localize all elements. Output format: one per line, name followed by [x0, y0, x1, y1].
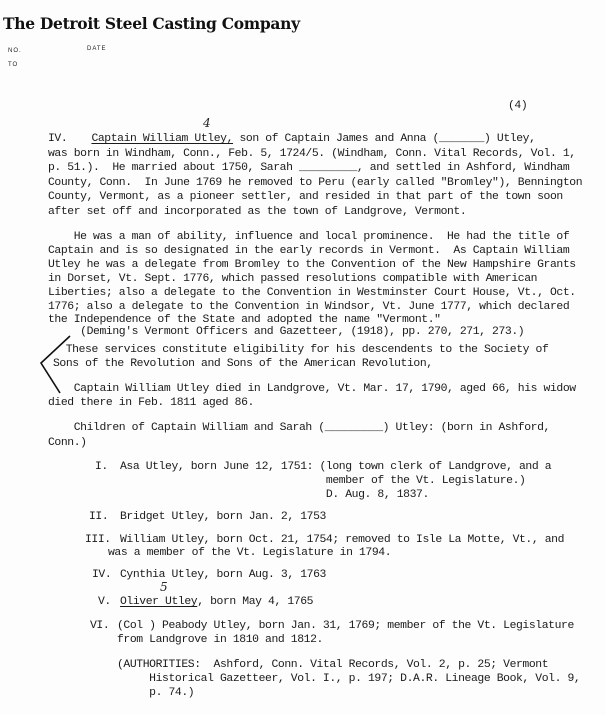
paragraph-line: Conn.) — [48, 436, 87, 451]
section-line: p. 51.). He married about 1750, Sarah __… — [48, 161, 569, 176]
child-numeral: II. — [89, 510, 108, 525]
section-line: County, Vermont, as a pioneer settler, a… — [48, 190, 563, 205]
child-line: (Col ) Peabody Utley, born Jan. 31, 1769… — [117, 619, 574, 634]
authorities-line: Historical Gazetteer, Vol. I., p. 197; D… — [117, 672, 580, 687]
section-line: after set off and incorporated as the to… — [48, 205, 466, 220]
child-line: was a member of the Vt. Legislature in 1… — [108, 546, 391, 561]
letterhead-no-label: NO. — [8, 48, 22, 54]
section-line-0: son of Captain James and Anna (_______) … — [233, 133, 535, 145]
paragraph-line: Sons of the Revolution and Sons of the A… — [53, 357, 433, 372]
paragraph-line: Liberties; also a delegate to the Conven… — [48, 286, 576, 301]
section-line: County, Conn. In June 1769 he removed to… — [48, 176, 582, 191]
paragraph-line: died there in Feb. 1811 aged 86. — [48, 396, 254, 411]
child-name-oliver: Oliver Utley — [120, 596, 197, 608]
child-line: Cynthia Utley, born Aug. 3, 1763 — [120, 568, 326, 583]
child-numeral: IV. — [92, 568, 111, 583]
paragraph-line: He was a man of ability, influence and l… — [48, 230, 569, 245]
child-line: D. Aug. 8, 1837. — [120, 488, 429, 503]
paragraph-line: These services constitute eligibility fo… — [40, 343, 548, 358]
paragraph-line: in Dorset, Vt. Sept. 1776, which passed … — [48, 272, 537, 287]
paragraph-line: Captain and is so designated in the earl… — [48, 244, 569, 259]
child-details: , born May 4, 1765 — [197, 596, 313, 608]
child-line: Asa Utley, born June 12, 1751: (long tow… — [120, 460, 551, 475]
letterhead-to-label: TO — [8, 62, 18, 68]
child-numeral: V. — [98, 595, 111, 610]
section-person-name: Captain William Utley, — [91, 133, 233, 145]
child-numeral: I. — [95, 460, 108, 475]
child-line: Bridget Utley, born Jan. 2, 1753 — [120, 510, 326, 525]
section-line: was born in Windham, Conn., Feb. 5, 1724… — [48, 147, 576, 162]
section-heading-line: IV. Captain William Utley, son of Captai… — [48, 132, 536, 147]
paragraph-line: Captain William Utley died in Landgrove,… — [48, 382, 576, 397]
handwritten-mark-5: 5 — [160, 580, 168, 594]
citation-line: (Deming's Vermont Officers and Gazetteer… — [48, 325, 524, 340]
child-line: member of the Vt. Legislature.) — [120, 474, 525, 489]
child-line: Oliver Utley, born May 4, 1765 — [120, 595, 313, 610]
paragraph-line: Children of Captain William and Sarah (_… — [48, 421, 550, 436]
page-number: (4) — [508, 99, 527, 114]
child-numeral: VI. — [90, 619, 109, 634]
letterhead-company-name: The Detroit Steel Casting Company — [3, 14, 300, 33]
section-numeral: IV. — [48, 132, 85, 147]
child-numeral: III. — [85, 533, 111, 548]
letterhead-date-label: DATE — [87, 46, 107, 52]
authorities-line: p. 74.) — [117, 686, 194, 701]
paragraph-line: Utley he was a delegate from Bromley to … — [48, 258, 576, 273]
child-line: from Landgrove in 1810 and 1812. — [117, 633, 323, 648]
handwritten-mark-4: 4 — [203, 116, 211, 130]
authorities-line: (AUTHORITIES: Ashford, Conn. Vital Recor… — [117, 658, 548, 673]
